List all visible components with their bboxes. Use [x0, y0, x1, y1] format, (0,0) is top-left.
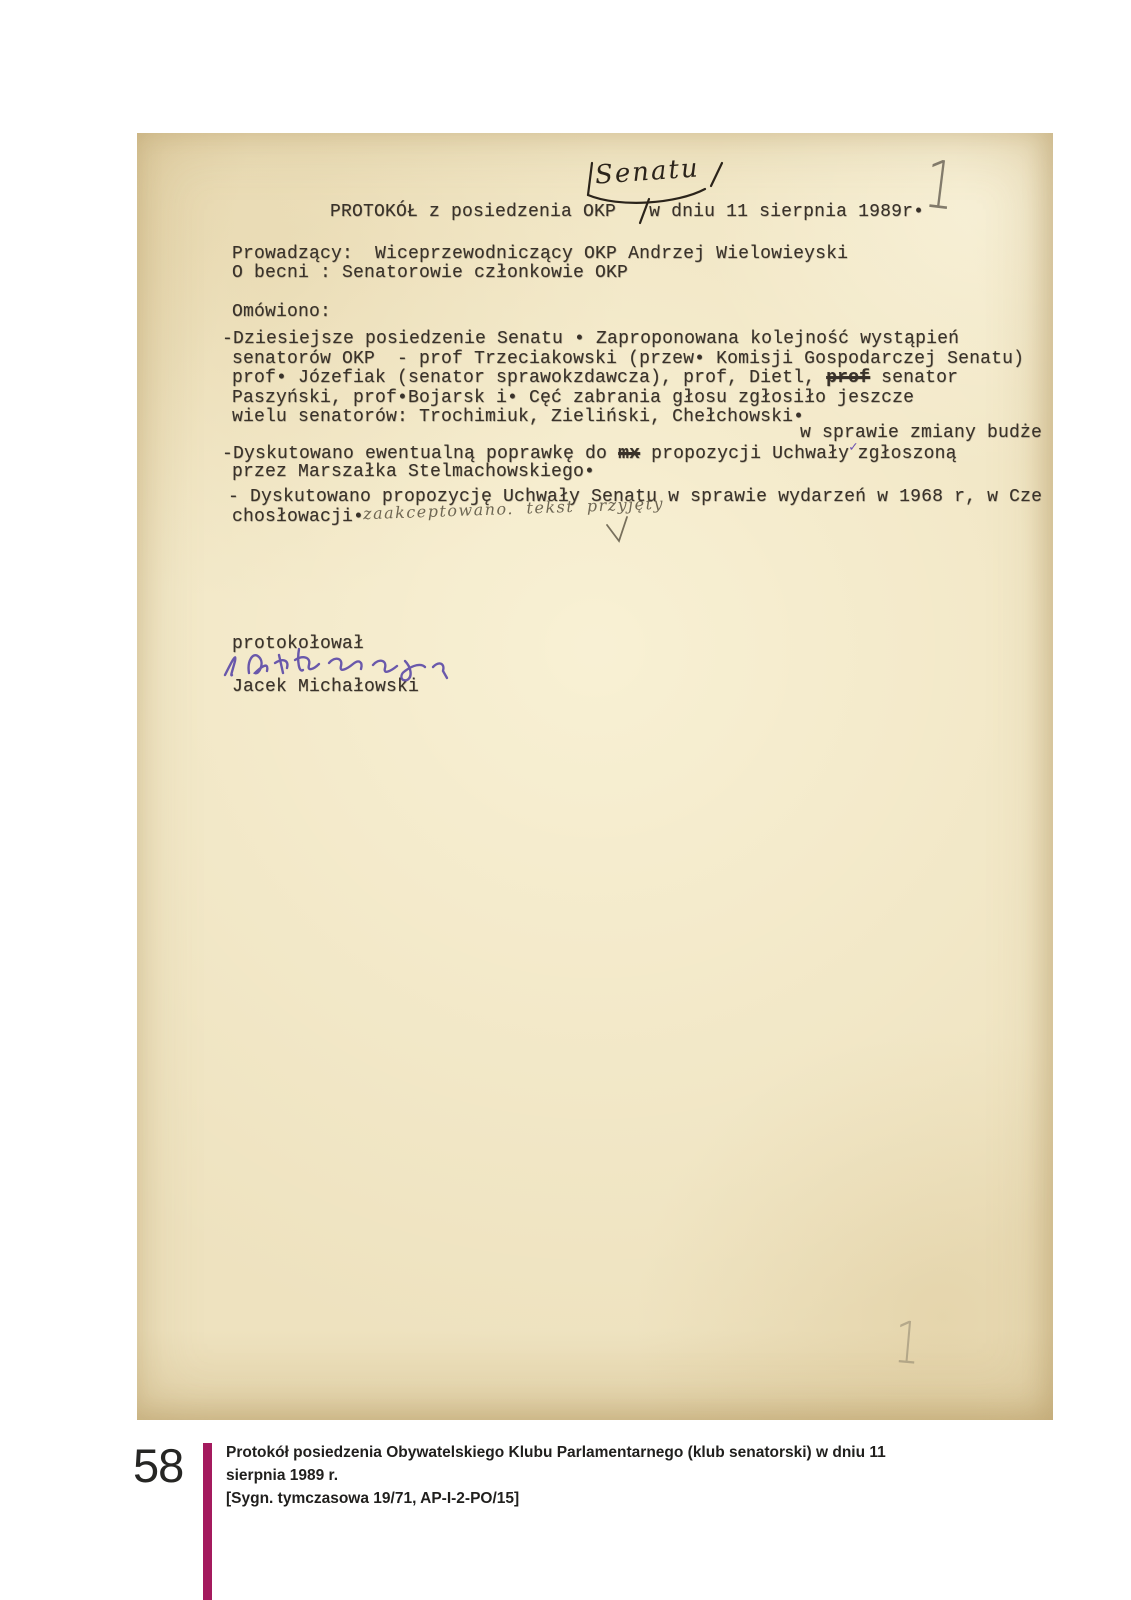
typed-insertion-line: w sprawie zmiany budże: [800, 424, 1042, 444]
item2-line2: przez Marszałka Stelmachowskiego•: [232, 463, 595, 483]
caption-line1: Protokół posiedzenia Obywatelskiego Klub…: [226, 1441, 946, 1487]
pencil-page-mark-bottom: 1: [891, 1308, 923, 1378]
attendees-line: O becni : Senatorowie członkowie OKP: [232, 264, 628, 284]
item2-line1-post: zgłoszoną: [858, 444, 957, 464]
item1-line1: -Dziesiejsze posiedzenie Senatu • Zaprop…: [222, 330, 959, 350]
item1-line3-post: senator: [870, 368, 958, 388]
insertion-check-mark: ✓: [849, 440, 857, 456]
pencil-page-mark-top: 1: [920, 145, 959, 225]
book-page: Senatu 1 1 PROTOKÓŁ z posiedzenia OKP w …: [0, 0, 1131, 1600]
item1-line3-pre: prof• Józefiak (senator sprawokzdawcza),…: [232, 368, 826, 388]
item1-line3: prof• Józefiak (senator sprawokzdawcza),…: [232, 369, 958, 389]
recorder-name: Jacek Michałowski: [232, 678, 419, 698]
page-number: 58: [133, 1438, 183, 1493]
note-tick-mark: [607, 517, 627, 541]
overstruck-word: prof: [826, 368, 870, 388]
item1-line5: wielu senatorów: Trochimiuk, Zieliński, …: [232, 408, 804, 428]
item3-line2: chosłowacji•: [232, 508, 364, 528]
accent-bar: [203, 1443, 212, 1600]
caption-line2: [Sygn. tymczasowa 19/71, AP-I-2-PO/15]: [226, 1487, 946, 1510]
item2-line1-mid: propozycji Uchwały: [640, 444, 849, 464]
overstruck-chars: mx: [618, 444, 640, 464]
item1-line4: Paszyński, prof•Bojarsk i• Cęć zabrania …: [232, 389, 914, 409]
item1-line2: senatorów OKP - prof Trzeciakowski (prze…: [232, 350, 1024, 370]
handwritten-insert-senatu: Senatu: [594, 153, 700, 190]
title-after-insert: w dniu 11 sierpnia 1989r•: [649, 202, 924, 222]
title-gap: [616, 202, 649, 222]
document-title: PROTOKÓŁ z posiedzenia OKP w dniu 11 sie…: [330, 203, 924, 223]
chairman-line: Prowadzący: Wiceprzewodniczący OKP Andrz…: [232, 245, 848, 265]
item2-line1-pre: -Dyskutowano ewentualną poprawkę do: [222, 444, 618, 464]
section-label: Omówiono:: [232, 303, 331, 323]
recorder-label: protokołował: [232, 635, 364, 655]
handwriting-ink-overlay: [137, 133, 1053, 1420]
title-before-insert: PROTOKÓŁ z posiedzenia OKP: [330, 202, 616, 222]
scanned-document: Senatu 1 1 PROTOKÓŁ z posiedzenia OKP w …: [137, 133, 1053, 1420]
caption: Protokół posiedzenia Obywatelskiego Klub…: [226, 1441, 946, 1510]
